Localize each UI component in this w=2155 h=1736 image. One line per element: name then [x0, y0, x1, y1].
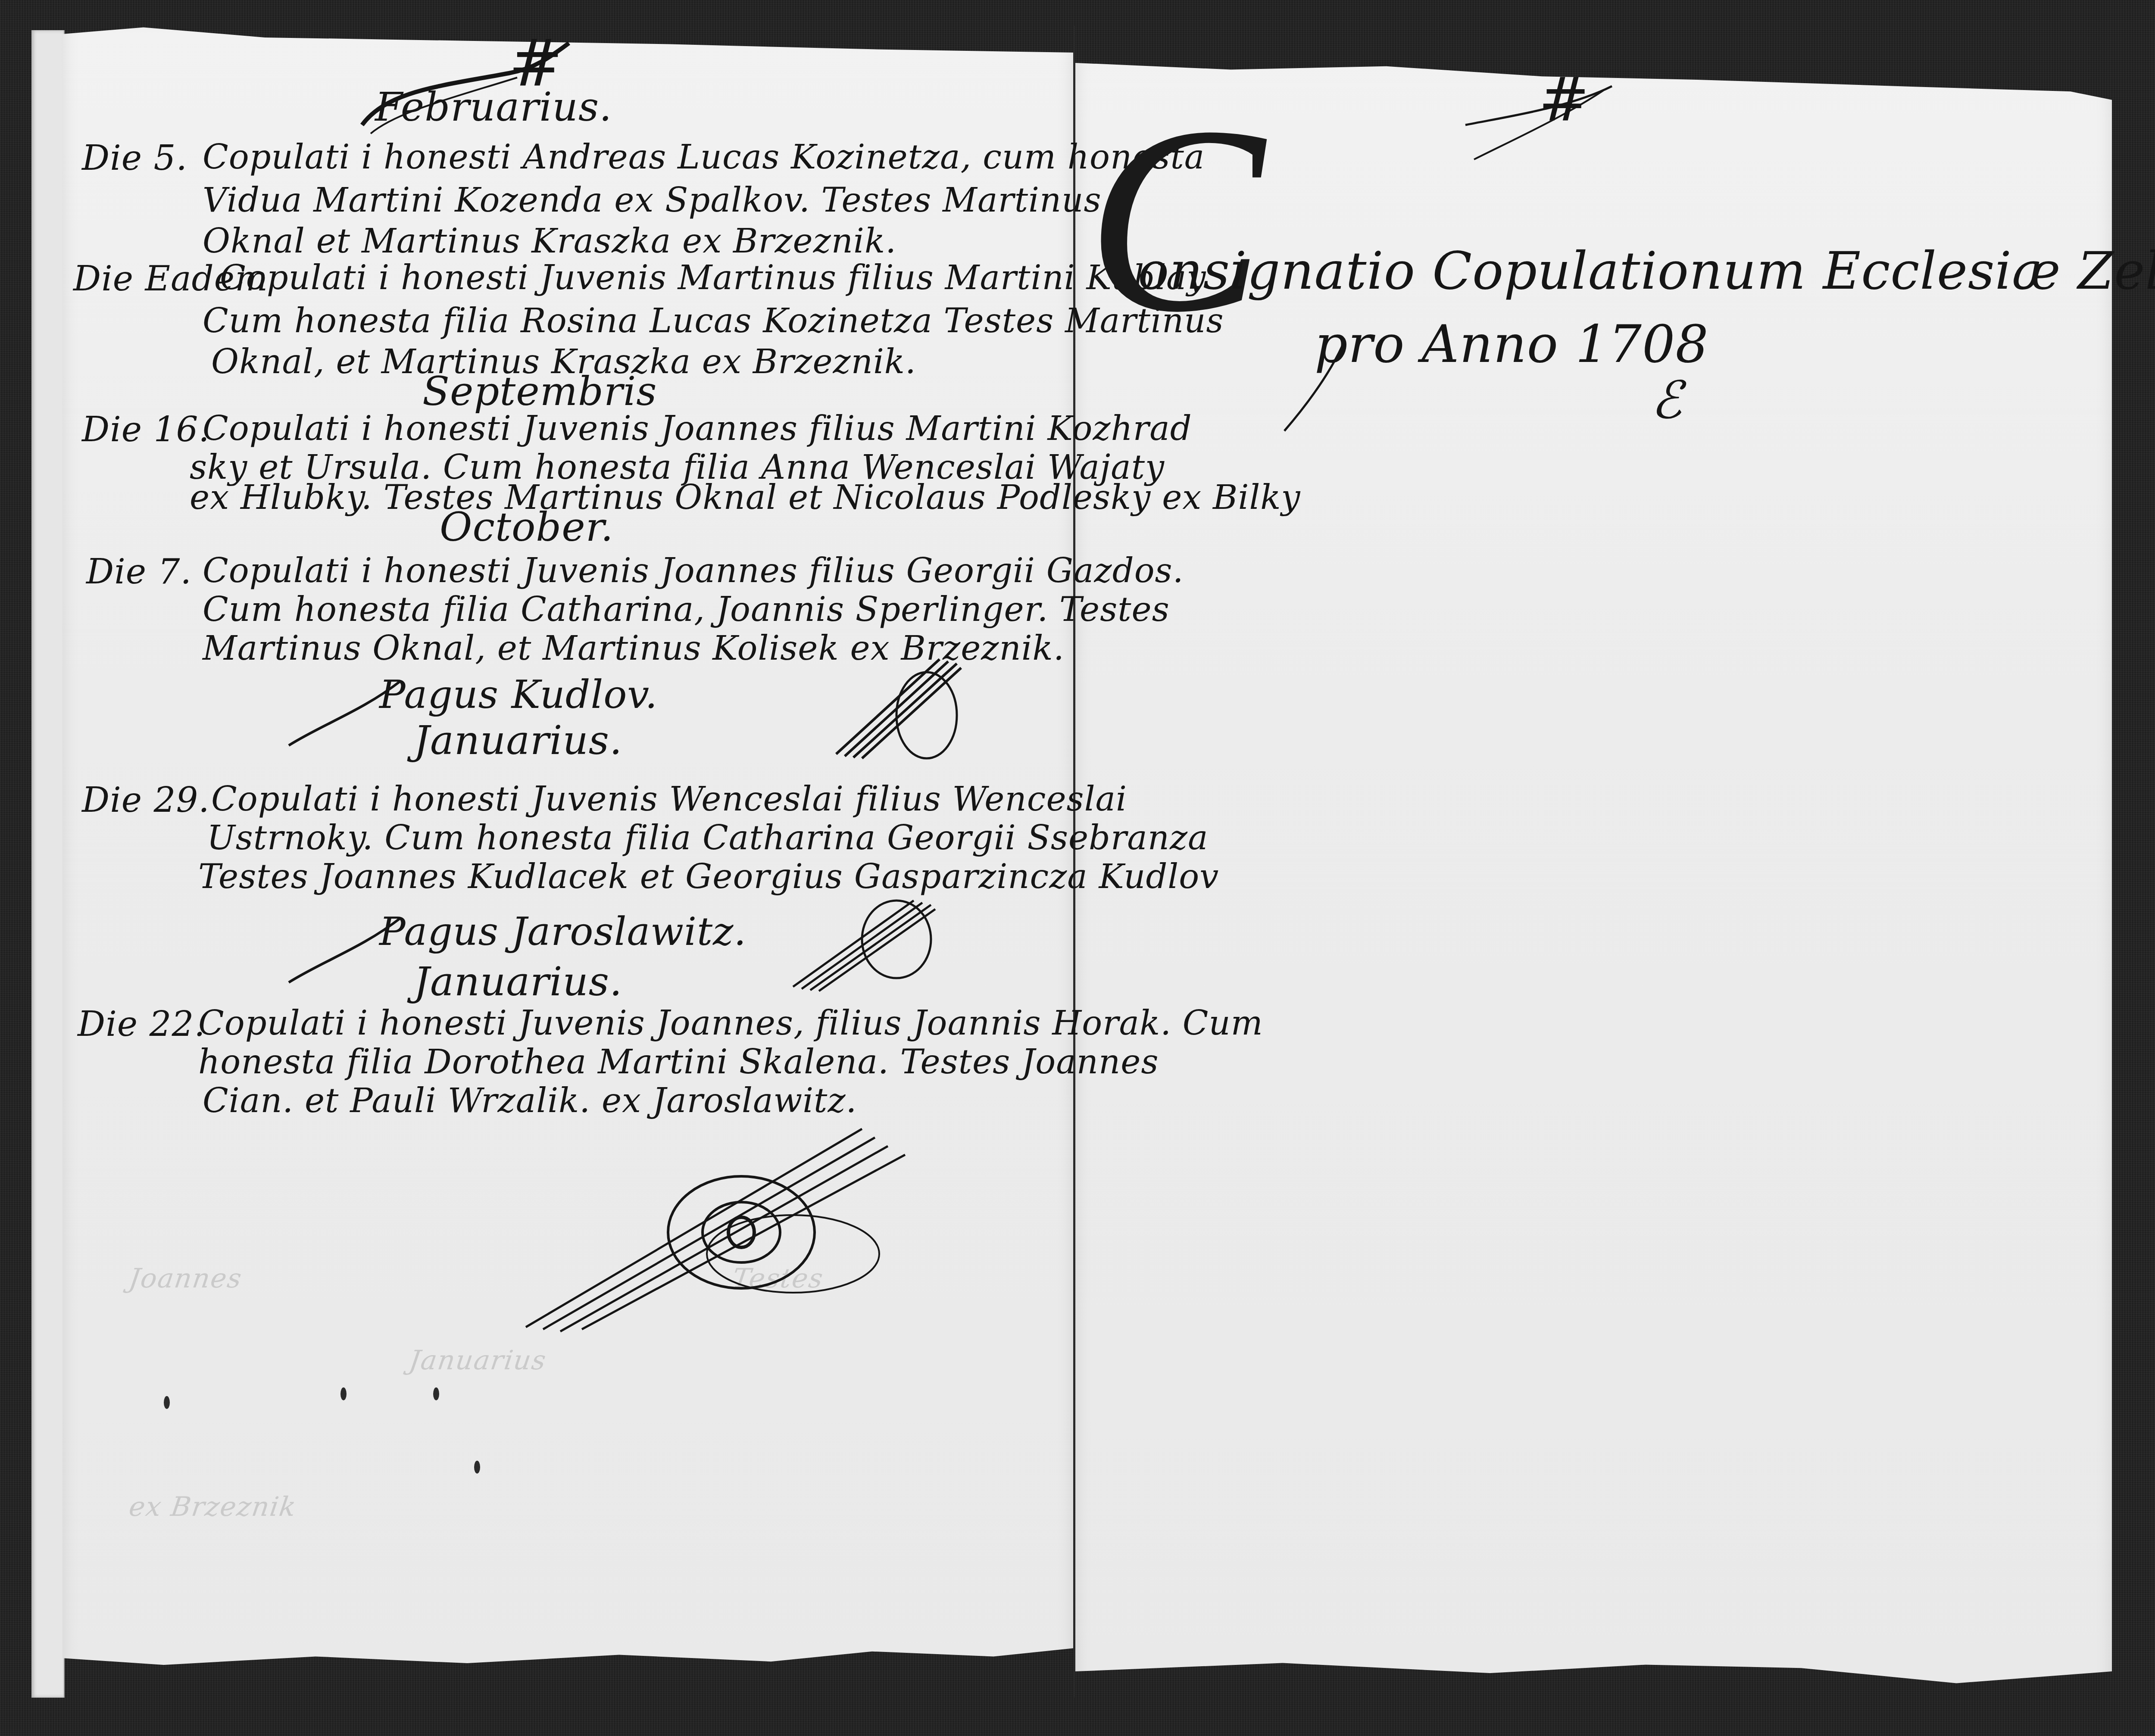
entry-line: Copulati i honesti Juvenis Joannes, fili…: [198, 1004, 1263, 1043]
pro-descender-flourish-icon: [1280, 336, 1358, 435]
entry-line: Copulati i honesti Juvenis Wenceslai fil…: [211, 780, 1127, 819]
title-line-2: pro Anno 1708: [1315, 315, 1709, 374]
title-initial: C: [1086, 86, 1265, 353]
place-heading-jaroslawitz: Pagus Jaroslawitz.: [379, 909, 746, 954]
month-heading-februarius: Februarius.: [375, 84, 612, 130]
entry-line: ex Hlubky. Testes Martinus Oknal et Nico…: [190, 478, 1301, 517]
title-end-mark: ℰ: [1651, 371, 1683, 430]
signature-flourish-icon: [784, 883, 965, 995]
paraph-flourish-icon: [1457, 73, 1621, 177]
month-heading-januarius: Januarius.: [414, 717, 622, 764]
place-flourish-icon: [284, 672, 414, 750]
ink-speck: [474, 1461, 480, 1474]
month-heading-october: October.: [440, 504, 614, 550]
entry-date: Die 22.: [78, 1004, 206, 1044]
ink-speck: [164, 1396, 170, 1409]
bleed-through-text: Januarius: [407, 1344, 549, 1376]
entry-line: Copulati i honesti Juvenis Martinus fili…: [220, 259, 1206, 297]
closing-signature-flourish-icon: [517, 1112, 948, 1336]
entry-line: Copulati i honesti Juvenis Joannes filiu…: [203, 409, 1192, 448]
entry-line: Ustrnoky. Cum honesta filia Catharina Ge…: [207, 819, 1209, 857]
entry-date: Die 7.: [86, 552, 192, 592]
ink-speck: [340, 1387, 347, 1400]
entry-line: Vidua Martini Kozenda ex Spalkov. Testes…: [203, 181, 1101, 220]
place-heading-kudlov: Pagus Kudlov.: [379, 672, 658, 717]
entry-line: Testes Joannes Kudlacek et Georgius Gasp…: [198, 857, 1219, 896]
title-line-1: onsignatio Copulationum Ecclesiæ Zelecho…: [1138, 241, 2155, 301]
ink-speck: [433, 1387, 439, 1400]
signature-flourish-icon: [828, 651, 983, 763]
underlying-page-edge: [31, 30, 65, 1698]
bleed-through-text: ex Brzeznik: [127, 1491, 299, 1522]
entry-line: honesta filia Dorothea Martini Skalena. …: [198, 1043, 1159, 1081]
entry-date: Die 16.: [82, 409, 210, 449]
entry-line: Copulati i honesti Andreas Lucas Kozinet…: [203, 138, 1205, 177]
entry-line: Oknal et Martinus Kraszka ex Brzeznik.: [203, 222, 896, 261]
place-flourish-icon: [284, 909, 414, 987]
entry-date: Die 29.: [82, 780, 210, 820]
bleed-through-text: Joannes: [127, 1262, 244, 1294]
month-heading-septembris: Septembris: [422, 368, 657, 415]
entry-date: Die 5.: [82, 138, 187, 178]
entry-line: Cum honesta filia Catharina, Joannis Spe…: [203, 590, 1170, 629]
entry-line: Cum honesta filia Rosina Lucas Kozinetza…: [203, 302, 1224, 340]
entry-line: Copulati i honesti Juvenis Joannes filiu…: [203, 552, 1184, 590]
month-heading-januarius: Januarius.: [414, 959, 622, 1005]
